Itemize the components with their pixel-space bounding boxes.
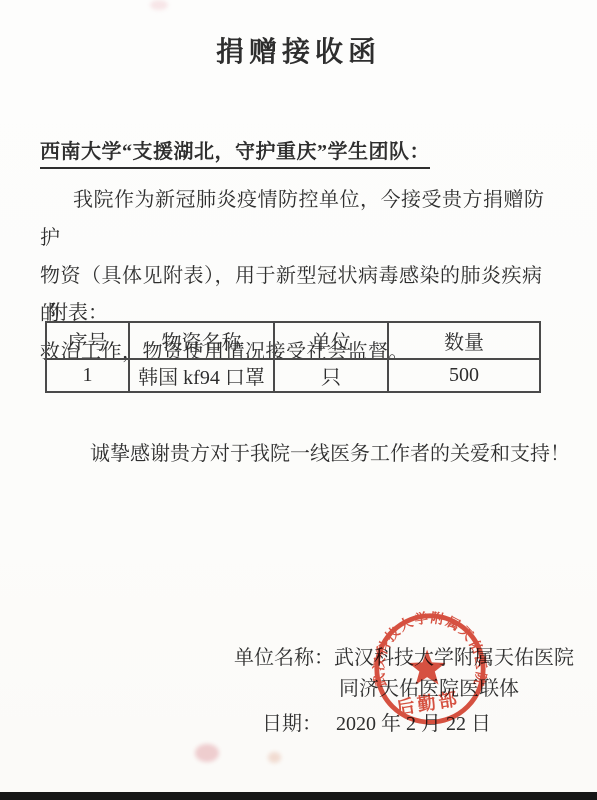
- scanned-letter-page: 捐赠接收函 西南大学“支援湖北，守护重庆”学生团队： 我院作为新冠肺炎疫情防控单…: [0, 0, 597, 800]
- table-header-row: 序号 物资名称 单位 数量: [46, 322, 540, 359]
- header-serial-number: 序号: [46, 322, 129, 359]
- scan-smudge: [195, 744, 219, 762]
- salutation-line: 西南大学“支援湖北，守护重庆”学生团队：: [40, 135, 430, 169]
- header-unit: 单位: [274, 322, 388, 359]
- goods-table: 序号 物资名称 单位 数量 1 韩国 kf94 口罩 只 500: [45, 321, 541, 393]
- scan-smudge: [268, 752, 281, 763]
- org-label: 单位名称：: [234, 647, 334, 669]
- seal-bottom-text: 后勤部: [395, 688, 461, 719]
- hospital-seal-stamp: 武汉科技大学附属天佑医院 后勤部: [372, 611, 488, 727]
- header-quantity: 数量: [388, 322, 540, 359]
- document-title: 捐赠接收函: [0, 30, 597, 70]
- header-item-name: 物资名称: [129, 322, 274, 359]
- thanks-line: 诚挚感谢贵方对于我院一线医务工作者的关爱和支持！: [90, 437, 570, 466]
- date-label: 日期：: [262, 713, 322, 735]
- cell-quantity: 500: [388, 359, 540, 392]
- cell-unit: 只: [274, 359, 388, 392]
- table-row: 1 韩国 kf94 口罩 只 500: [46, 359, 540, 392]
- body-line: 我院作为新冠肺炎疫情防控单位，今接受贵方捐赠防护: [40, 181, 558, 257]
- cell-serial-number: 1: [46, 359, 129, 392]
- cell-item-name: 韩国 kf94 口罩: [129, 359, 274, 392]
- star-icon: [409, 650, 446, 685]
- scan-edge-bar: [0, 792, 597, 800]
- scan-smudge: [150, 0, 168, 10]
